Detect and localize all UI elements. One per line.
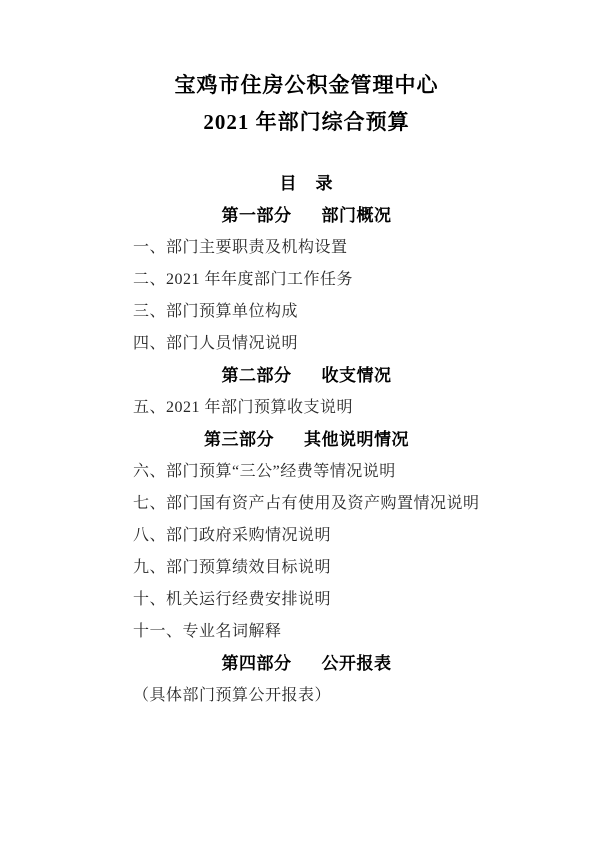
- document-page: 宝鸡市住房公积金管理中心 2021 年部门综合预算 目 录 第一部分 部门概况 …: [0, 0, 613, 865]
- part-label: 第二部分: [222, 360, 292, 392]
- toc-part-heading-3: 第三部分 其他说明情况: [0, 424, 613, 456]
- document-title: 宝鸡市住房公积金管理中心: [0, 67, 613, 104]
- toc-note: （具体部门预算公开报表）: [0, 680, 613, 712]
- document-subtitle: 2021 年部门综合预算: [0, 104, 613, 141]
- part-label: 第四部分: [222, 648, 292, 680]
- toc-item-6: 六、部门预算“三公”经费等情况说明: [0, 456, 613, 488]
- toc-item-2: 二、2021 年年度部门工作任务: [0, 264, 613, 296]
- toc-item-8: 八、部门政府采购情况说明: [0, 520, 613, 552]
- part-title: 其他说明情况: [304, 424, 409, 456]
- toc-part-heading-1: 第一部分 部门概况: [0, 200, 613, 232]
- toc-item-7: 七、部门国有资产占有使用及资产购置情况说明: [0, 488, 613, 520]
- toc-item-3: 三、部门预算单位构成: [0, 296, 613, 328]
- part-title: 部门概况: [322, 200, 392, 232]
- table-of-contents: 目 录 第一部分 部门概况 一、部门主要职责及机构设置 二、2021 年年度部门…: [0, 168, 613, 712]
- toc-item-11: 十一、专业名词解释: [0, 616, 613, 648]
- part-label: 第三部分: [204, 424, 274, 456]
- toc-part-heading-2: 第二部分 收支情况: [0, 360, 613, 392]
- part-title: 公开报表: [322, 648, 392, 680]
- toc-item-10: 十、机关运行经费安排说明: [0, 584, 613, 616]
- part-title: 收支情况: [322, 360, 392, 392]
- toc-item-4: 四、部门人员情况说明: [0, 328, 613, 360]
- toc-heading: 目 录: [0, 168, 613, 200]
- part-label: 第一部分: [222, 200, 292, 232]
- toc-item-1: 一、部门主要职责及机构设置: [0, 232, 613, 264]
- toc-item-9: 九、部门预算绩效目标说明: [0, 552, 613, 584]
- toc-part-heading-4: 第四部分 公开报表: [0, 648, 613, 680]
- toc-item-5: 五、2021 年部门预算收支说明: [0, 392, 613, 424]
